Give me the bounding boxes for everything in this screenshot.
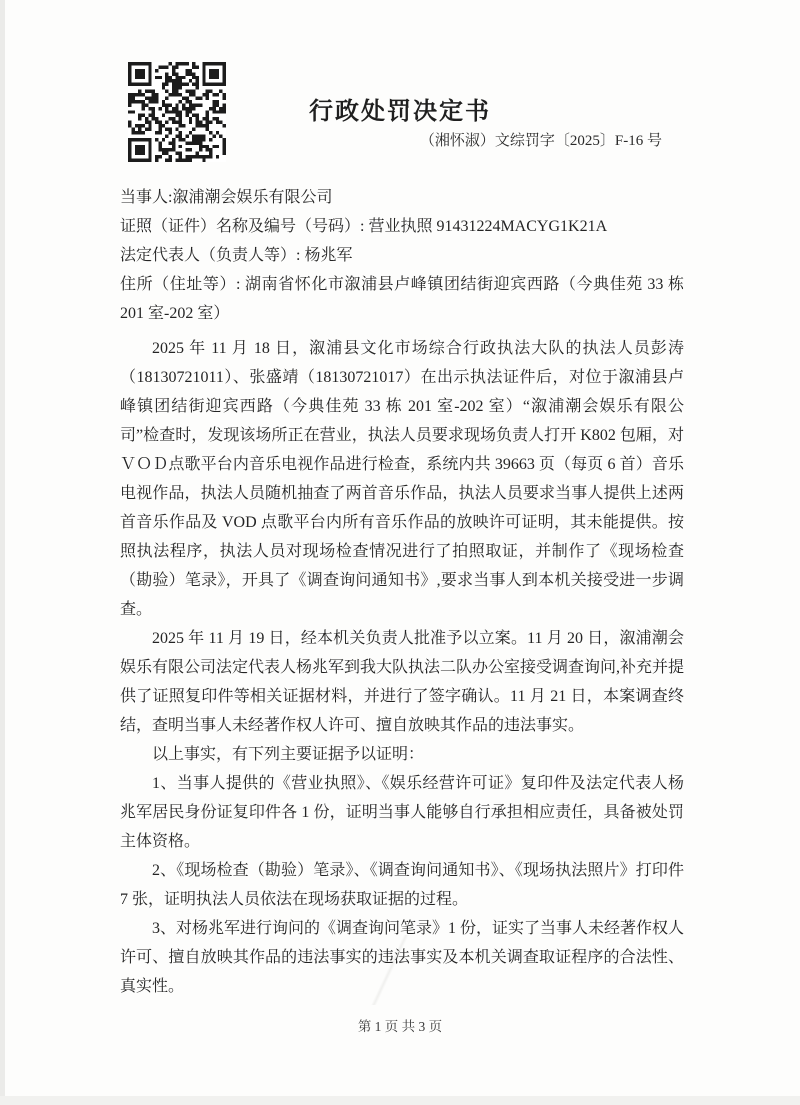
page-number: 第 1 页 共 3 页 [0,1014,800,1040]
document-number: （湘怀淑）文综罚字〔2025〕F-16 号 [0,129,662,150]
legal-rep-line: 法定代表人（负责人等）: 杨兆军 [120,241,684,270]
paragraph-case-filing: 2025 年 11 月 19 日，经本机关负责人批准予以立案。11 月 20 日… [120,624,684,740]
license-line: 证照（证件）名称及编号（号码）: 营业执照 91431224MACYG1K21A [120,212,684,241]
evidence-item-3: 3、对杨兆军进行询问的《调查询问笔录》1 份，证实了当事人未经著作权人许可、擅自… [120,914,684,1001]
paragraph-inspection: 2025 年 11 月 18 日，溆浦县文化市场综合行政执法大队的执法人员彭涛（… [120,334,684,624]
evidence-item-2: 2、《现场检查（勘验）笔录》、《调查询问通知书》、《现场执法照片》打印件 7 张… [120,856,684,914]
party-line: 当事人:溆浦潮会娱乐有限公司 [120,183,684,212]
paragraph-evidence-intro: 以上事实，有下列主要证据予以证明： [120,740,684,769]
scan-edge-left [0,0,5,1105]
scan-edge-bottom [0,1096,800,1105]
evidence-item-1: 1、当事人提供的《营业执照》、《娱乐经营许可证》复印件及法定代表人杨兆军居民身份… [120,769,684,856]
document-body: 当事人:溆浦潮会娱乐有限公司 证照（证件）名称及编号（号码）: 营业执照 914… [120,183,684,1001]
party-info-block: 当事人:溆浦潮会娱乐有限公司 证照（证件）名称及编号（号码）: 营业执照 914… [120,183,684,328]
document-title: 行政处罚决定书 [0,91,800,126]
address-line: 住所（住址等）: 湖南省怀化市溆浦县卢峰镇团结街迎宾西路（今典佳苑 33 栋 2… [120,270,684,328]
document-page: 行政处罚决定书 （湘怀淑）文综罚字〔2025〕F-16 号 当事人:溆浦潮会娱乐… [0,0,800,1105]
